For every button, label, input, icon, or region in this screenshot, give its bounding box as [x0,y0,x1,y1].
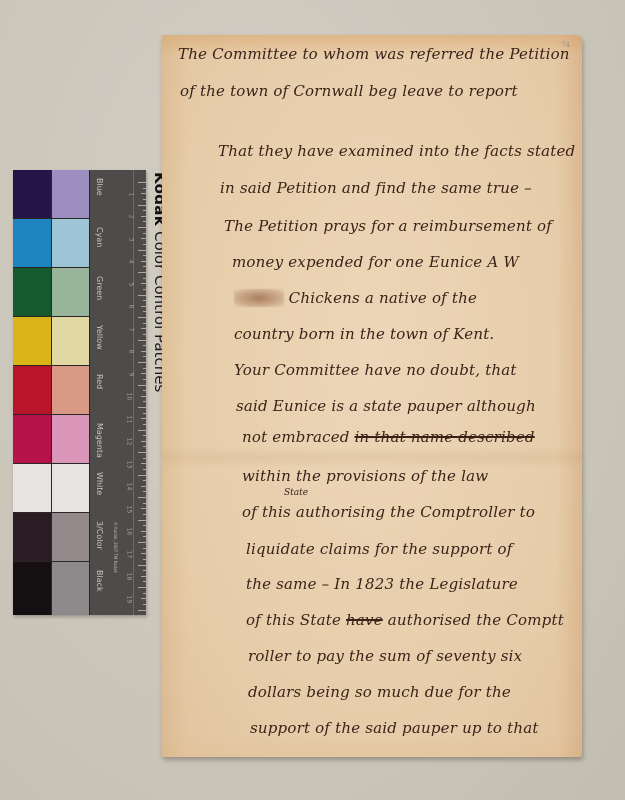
swatch-light [52,268,90,316]
ruler-tick [141,328,146,329]
ruler-tick [143,255,146,256]
ruler-tick [141,193,146,194]
ruler-tick [141,441,146,442]
swatch-dark [13,170,52,218]
ruler-tick [143,491,146,492]
ruler-tick [143,446,146,447]
ink-blot-word [234,289,284,307]
text-line-13: of this authorising the Comptroller to [242,503,535,521]
struck-word: have [346,611,383,629]
text-line-3: That they have examined into the facts s… [218,142,575,160]
ruler-tick [138,475,146,476]
struck-text: in that name described [355,428,535,446]
ruler-tick [138,182,146,183]
ruler-tick [143,503,146,504]
text-line-16: of this State have authorised the Comptt [246,611,564,629]
ruler-tick [138,340,146,341]
ruler-number: 11 [126,415,133,423]
ruler-tick [138,497,146,498]
swatch-dark [13,415,52,463]
text-line-8: country born in the town of Kent. [234,325,494,343]
patch-label: Cyan [95,227,104,247]
ruler-number: 6 [128,305,135,309]
ruler-tick [143,413,146,414]
ruler-tick [143,401,146,402]
patch-row-magenta [13,415,90,464]
ruler-tick [141,396,146,397]
swatch-light [52,219,90,267]
ruler-number: 5 [128,282,135,286]
ruler-tick [143,334,146,335]
ruler-number: 7 [128,327,135,331]
color-swatches [13,170,90,615]
ruler-tick [143,536,146,537]
ruler-tick [141,553,146,554]
patch-row-green [13,268,90,317]
interlinear-insertion: State [284,488,308,498]
ruler-number: 10 [126,393,133,401]
ruler-number: 1 [128,192,135,196]
ruler-tick [143,593,146,594]
text-line-5: The Petition prays for a reimbursement o… [224,217,552,235]
ruler-number: 3 [128,237,135,241]
ruler-tick [143,390,146,391]
ruler-tick [138,565,146,566]
ruler-number: 12 [126,438,133,446]
text-line-18: dollars being so much due for the [248,683,511,701]
ruler-tick [143,514,146,515]
line-7-text: Chickens a native of the [289,289,477,307]
ruler-tick [138,520,146,521]
ruler-tick [143,311,146,312]
ruler-number: 2 [128,215,135,219]
ruler-tick [143,581,146,582]
ruler-tick [143,266,146,267]
swatch-dark [13,219,52,267]
ruler-tick [141,486,146,487]
text-line-6: money expended for one Eunice A W [232,253,519,271]
text-line-12: within the provisions of the law [242,467,488,485]
ruler-tick [141,598,146,599]
patch-label: 3/Color [95,521,104,550]
patch-row-yellow [13,317,90,366]
text-line-9: Your Committee have no doubt, that [234,361,517,379]
ruler-tick [143,244,146,245]
ruler-number: 13 [126,460,133,468]
patch-row-white [13,464,90,513]
patch-row-black [13,562,90,615]
ruler-tick [143,300,146,301]
text-line-1: The Committee to whom was referred the P… [178,45,570,63]
text-line-15: the same – In 1823 the Legislature [246,575,518,593]
ruler-number: 4 [128,260,135,264]
ruler-tick [143,559,146,560]
text-line-11: not embraced in that name described [242,428,535,446]
ruler-tick [141,306,146,307]
ruler-tick [138,430,146,431]
ruler-tick [143,424,146,425]
ruler-number: 9 [128,372,135,376]
patch-row-blue [13,170,90,219]
text-line-14: liquidate claims for the support of [246,540,513,558]
ruler-tick [143,210,146,211]
ruler-tick [138,542,146,543]
chart-copyright: © Kodak, 2007 TM Kodak [113,522,118,573]
swatch-dark [13,562,52,615]
ruler-tick [143,435,146,436]
ruler-tick [138,407,146,408]
ruler-number: 17 [126,550,133,558]
text-line-7: Chickens a native of the [234,289,477,307]
ruler-number: 18 [126,573,133,581]
ruler-tick [141,261,146,262]
ruler-tick [141,351,146,352]
ruler-tick [141,508,146,509]
line-16-text: of this State [246,611,341,629]
ruler-tick [138,610,146,611]
ruler-tick [143,458,146,459]
swatch-dark [13,366,52,414]
ruler-tick [143,570,146,571]
ruler-tick [143,199,146,200]
patch-row-cyan [13,219,90,268]
ruler-tick [143,604,146,605]
ruler-number: 19 [126,595,133,603]
ruler-tick [141,283,146,284]
ruler-tick [143,233,146,234]
ruler-tick [138,272,146,273]
line-16-rest: authorised the Comptt [388,611,564,629]
patch-row-red [13,366,90,415]
patch-label: Black [95,570,104,592]
patch-label: Magenta [95,423,104,458]
text-line-10: said Eunice is a state pauper although [236,397,536,415]
ruler-tick [138,587,146,588]
swatch-light [52,317,90,365]
ruler-tick [138,452,146,453]
text-line-4: in said Petition and find the same true … [220,179,532,197]
ruler-tick [141,576,146,577]
patch-labels: BlueCyanGreenYellowRedMagentaWhite3/Colo… [92,170,110,615]
ruler-tick [143,469,146,470]
ruler-tick [143,278,146,279]
ruler-number: 16 [126,528,133,536]
text-line-2: of the town of Cornwall beg leave to rep… [180,82,518,100]
ruler-tick [138,227,146,228]
swatch-light [52,415,90,463]
swatch-light [52,366,90,414]
ruler-tick [138,295,146,296]
swatch-dark [13,513,52,561]
swatch-light [52,562,90,615]
ruler-tick [143,356,146,357]
inch-ruler: 12345678910111213141516171819 [133,170,146,615]
ruler-tick [143,221,146,222]
swatch-dark [13,268,52,316]
ruler-tick [143,525,146,526]
ruler-number: 14 [126,483,133,491]
ruler-tick [141,238,146,239]
ruler-tick [138,250,146,251]
ruler-tick [138,205,146,206]
swatch-dark [13,317,52,365]
ruler-tick [138,385,146,386]
patch-label: Yellow [95,325,104,350]
swatch-light [52,464,90,512]
patch-label: White [95,472,104,495]
ruler-tick [141,463,146,464]
ruler-tick [143,323,146,324]
swatch-light [52,513,90,561]
ruler-tick [143,379,146,380]
ruler-tick [141,373,146,374]
swatch-light [52,170,90,218]
ruler-tick [143,188,146,189]
gray-label-strip: BlueCyanGreenYellowRedMagentaWhite3/Colo… [90,170,146,615]
patch-label: Red [95,374,104,389]
kodak-color-control-patches: BlueCyanGreenYellowRedMagentaWhite3/Colo… [13,170,146,615]
ruler-number: 8 [128,350,135,354]
manuscript-page: 74 The Committee to whom was referred th… [162,35,582,757]
patch-row-3color [13,513,90,562]
text-line-19: support of the said pauper up to that [250,719,539,737]
swatch-dark [13,464,52,512]
ruler-tick [143,289,146,290]
ruler-tick [141,418,146,419]
ruler-tick [143,368,146,369]
patch-label: Blue [95,178,104,196]
ruler-tick [138,317,146,318]
line-11-text: not embraced [242,428,350,446]
ruler-tick [141,531,146,532]
ruler-tick [143,480,146,481]
ruler-tick [143,548,146,549]
ruler-tick [141,216,146,217]
ruler-tick [138,362,146,363]
patch-label: Green [95,276,104,300]
ruler-number: 15 [126,505,133,513]
text-line-17: roller to pay the sum of seventy six [248,647,522,665]
ruler-tick [143,345,146,346]
